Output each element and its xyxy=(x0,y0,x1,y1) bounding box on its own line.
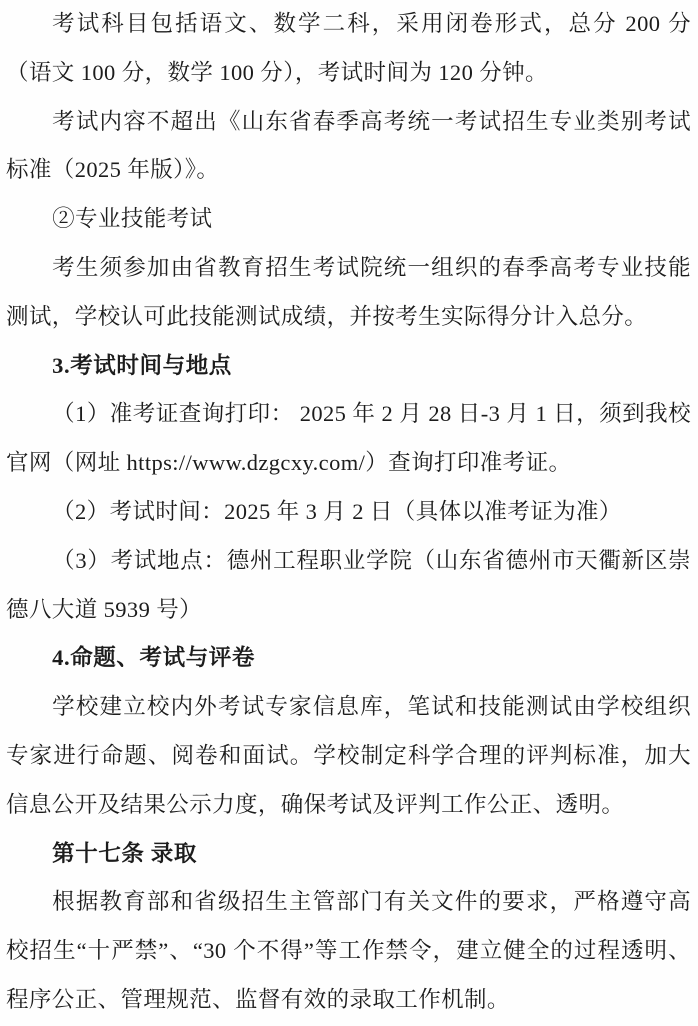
paragraph-exam-time: （2）考试时间：2025 年 3 月 2 日（具体以准考证为准） xyxy=(6,488,691,537)
paragraph-exam-location: （3）考试地点：德州工程职业学院（山东省德州市天衢新区崇德八大道 5939 号） xyxy=(6,537,691,635)
section-heading-exam-time-place: 3.考试时间与地点 xyxy=(6,342,691,391)
document-page: 考试科目包括语文、数学二科，采用闭卷形式，总分 200 分（语文 100 分，数… xyxy=(0,0,698,1026)
paragraph-admission-rules: 根据教育部和省级招生主管部门有关文件的要求，严格遵守高校招生“十严禁”、“30 … xyxy=(6,878,691,1024)
paragraph-skill-exam-detail: 考生须参加由省教育招生考试院统一组织的春季高考专业技能测试，学校认可此技能测试成… xyxy=(6,244,691,342)
section-heading-article-17: 第十七条 录取 xyxy=(6,830,691,879)
paragraph-exam-content: 考试内容不超出《山东省春季高考统一考试招生专业类别考试标准（2025 年版）》。 xyxy=(6,98,691,196)
paragraph-admission-ticket: （1）准考证查询打印： 2025 年 2 月 28 日-3 月 1 日，须到我校… xyxy=(6,390,691,488)
paragraph-skill-exam-label: ②专业技能考试 xyxy=(6,195,691,244)
section-heading-proposition: 4.命题、考试与评卷 xyxy=(6,634,691,683)
paragraph-exam-subjects: 考试科目包括语文、数学二科，采用闭卷形式，总分 200 分（语文 100 分，数… xyxy=(6,0,691,98)
paragraph-expert-database: 学校建立校内外考试专家信息库，笔试和技能测试由学校组织专家进行命题、阅卷和面试。… xyxy=(6,683,691,829)
